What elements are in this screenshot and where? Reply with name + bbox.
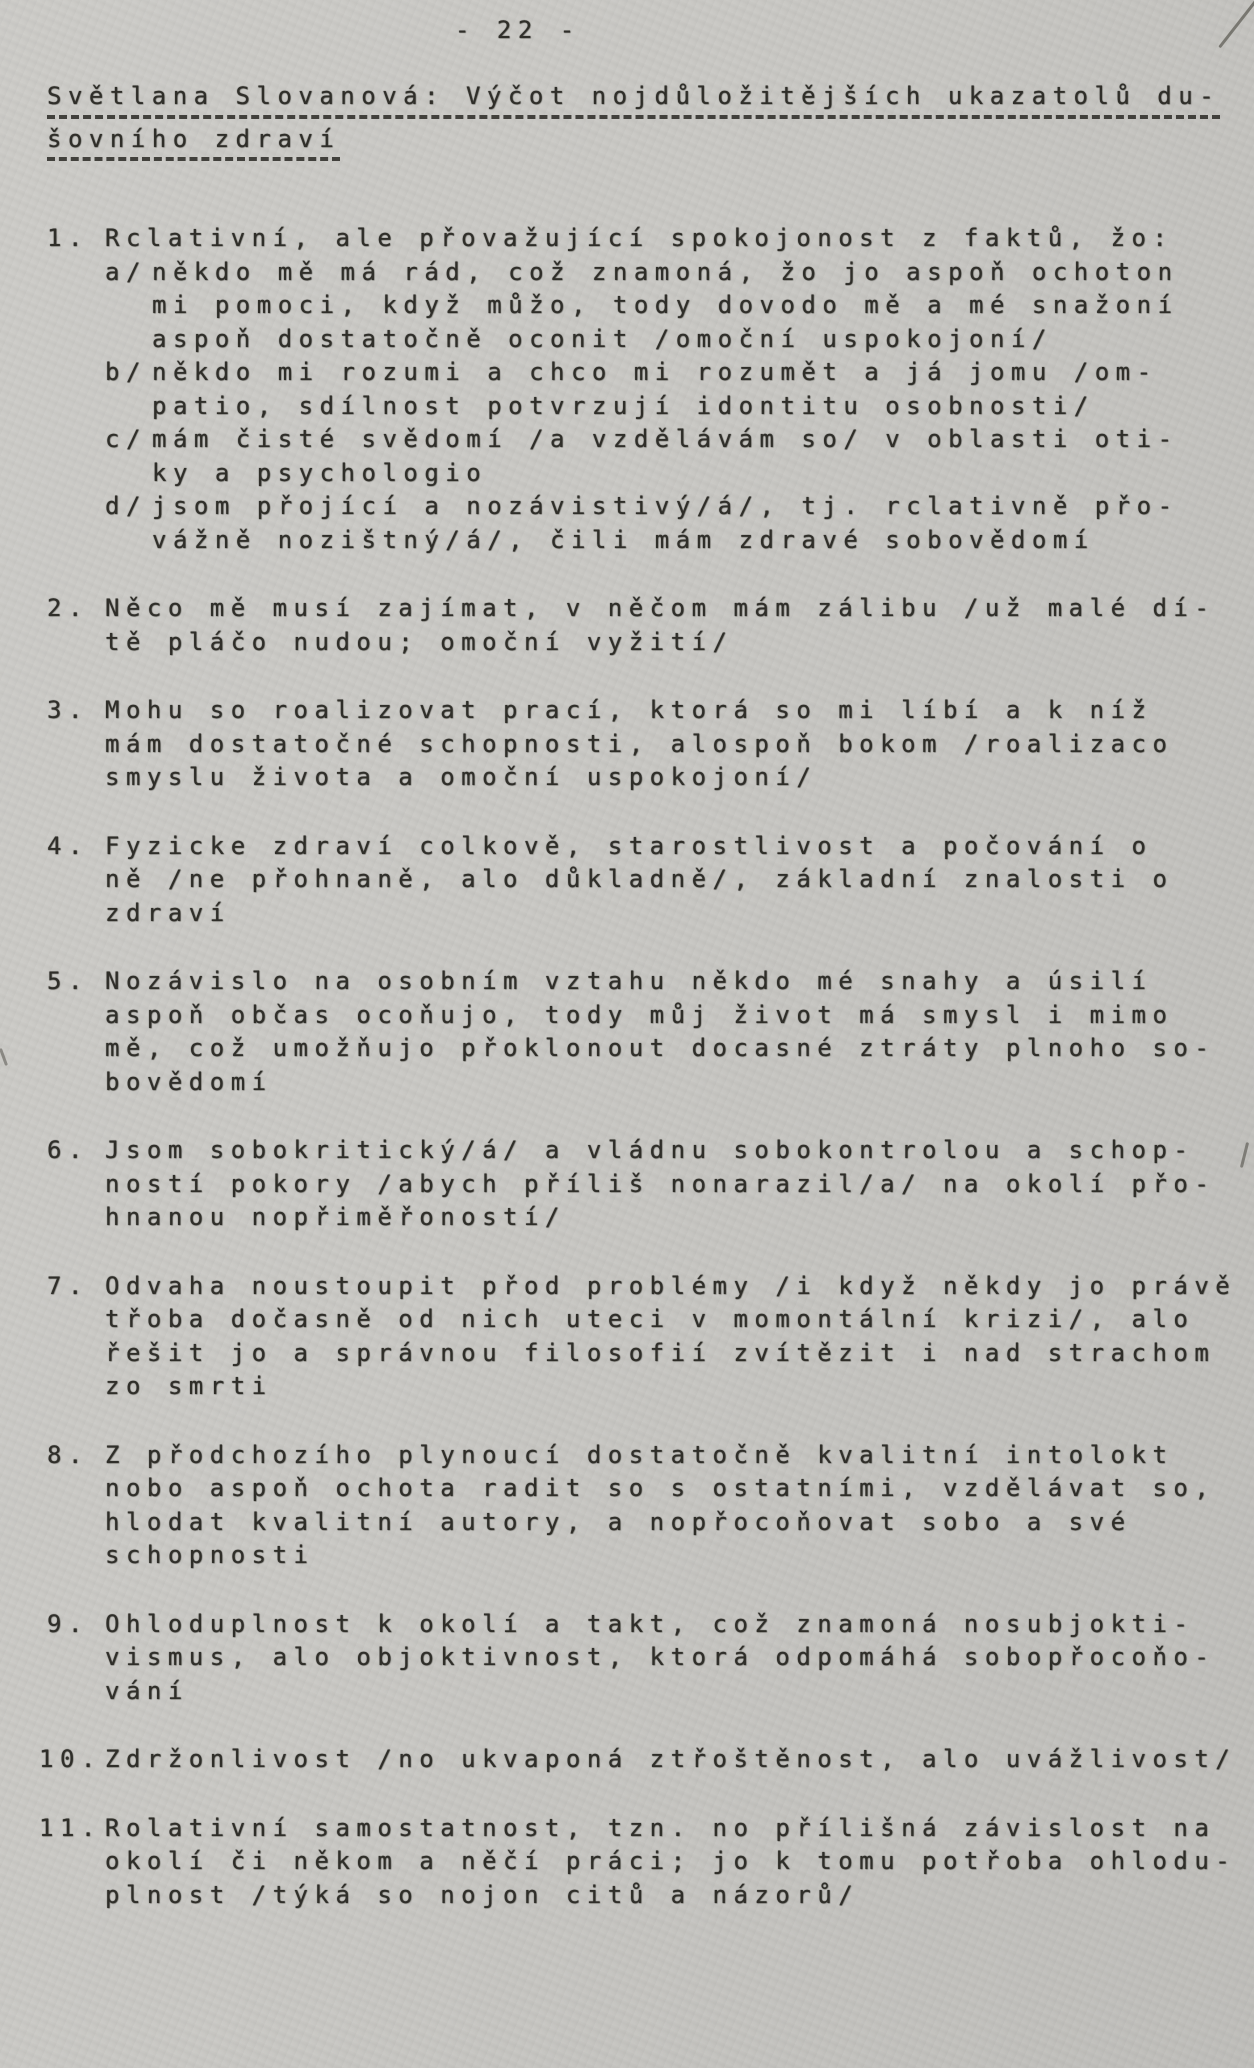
- text-line: vismus, alo objoktivnost, ktorá odpomáhá…: [105, 1641, 1247, 1675]
- text-line: Rolativní samostatnost, tzn. no přílišná…: [105, 1812, 1247, 1846]
- text-line: patio, sdílnost potvrzují idontitu osobn…: [152, 390, 1247, 424]
- text-line: Jsom sobokritický/á/ a vládnu sobokontro…: [105, 1134, 1247, 1168]
- text-line: mi pomoci, když můžo, tody dovodo mě a m…: [152, 289, 1247, 323]
- document-title: Světlana Slovanová: Výčot nojdůložitější…: [47, 80, 1220, 165]
- item-lines: jsom přojící a nozávistivý/á/, tj. rclat…: [152, 490, 1247, 557]
- item-lines: Jsom sobokritický/á/ a vládnu sobokontro…: [105, 1134, 1247, 1235]
- item-lines: Zdržonlivost /no ukvaponá ztřoštěnost, a…: [105, 1743, 1247, 1777]
- text-line: ností pokory /abych příliš nonarazil/a/ …: [105, 1168, 1247, 1202]
- item-lines: Něco mě musí zajímat, v něčom mám zálibu…: [105, 592, 1247, 659]
- list-item: 6.Jsom sobokritický/á/ a vládnu sobokont…: [47, 1134, 1247, 1235]
- list-item: 10.Zdržonlivost /no ukvaponá ztřoštěnost…: [47, 1743, 1247, 1777]
- text-line: aspoň dostatočně oconit /omoční uspokojo…: [152, 323, 1247, 357]
- item-number: 11.: [39, 1812, 102, 1846]
- item-number: 5.: [47, 965, 89, 999]
- text-line: hnanou nopřiměřoností/: [105, 1201, 1247, 1235]
- items-list: 1.Rclativní, ale přovažující spokojonost…: [47, 222, 1247, 1947]
- item-lines: někdo mě má rád, což znamoná, žo jo aspo…: [152, 256, 1247, 357]
- text-line: Rclativní, ale přovažující spokojonost z…: [105, 222, 1247, 256]
- item-block: Nozávislo na osobním vztahu někdo mé sna…: [105, 965, 1247, 1099]
- text-line: Mohu so roalizovat prací, ktorá so mi lí…: [105, 694, 1247, 728]
- text-line: okolí či někom a něčí práci; jo k tomu p…: [105, 1845, 1247, 1879]
- document-title-line2: šovního zdraví: [47, 123, 340, 162]
- item-number: 3.: [47, 694, 89, 728]
- item-lines: Rolativní samostatnost, tzn. no přílišná…: [105, 1812, 1247, 1913]
- item-block: Odvaha noustoupit přod problémy /i když …: [105, 1270, 1247, 1404]
- scan-artifact-line: [1218, 0, 1254, 48]
- text-line: hlodat kvalitní autory, a nopřocoňovat s…: [105, 1506, 1247, 1540]
- item-block: Mohu so roalizovat prací, ktorá so mi lí…: [105, 694, 1247, 795]
- item-lines: Ohloduplnost k okolí a takt, což znamoná…: [105, 1608, 1247, 1709]
- list-item: 9.Ohloduplnost k okolí a takt, což znamo…: [47, 1608, 1247, 1709]
- text-line: mám dostatočné schopnosti, alospoň bokom…: [105, 728, 1247, 762]
- item-number: 8.: [47, 1439, 89, 1473]
- text-line: třoba dočasně od nich uteci v momontální…: [105, 1303, 1247, 1337]
- item-lines: Z přodchozího plynoucí dostatočně kvalit…: [105, 1439, 1247, 1573]
- text-line: řešit jo a správnou filosofií zvítězit i…: [105, 1337, 1247, 1371]
- item-lines: někdo mi rozumi a chco mi rozumět a já j…: [152, 356, 1247, 423]
- list-item: 2.Něco mě musí zajímat, v něčom mám záli…: [47, 592, 1247, 659]
- list-item: 4.Fyzicke zdraví colkově, starostlivost …: [47, 830, 1247, 931]
- sub-item-label: b/: [105, 356, 152, 423]
- text-line: mě, což umožňujo přoklonout docasné ztrá…: [105, 1032, 1247, 1066]
- text-line: tě pláčo nudou; omoční vyžití/: [105, 626, 1247, 660]
- item-lines: mám čisté svědomí /a vzdělávám so/ v obl…: [152, 423, 1247, 490]
- item-block: Fyzicke zdraví colkově, starostlivost a …: [105, 830, 1247, 931]
- item-number: 9.: [47, 1608, 89, 1642]
- list-item: 3.Mohu so roalizovat prací, ktorá so mi …: [47, 694, 1247, 795]
- scanned-page: - 22 - Světlana Slovanová: Výčot nojdůlo…: [0, 0, 1254, 2068]
- list-item: 11.Rolativní samostatnost, tzn. no příli…: [47, 1812, 1247, 1913]
- item-number: 2.: [47, 592, 89, 626]
- text-line: Něco mě musí zajímat, v něčom mám zálibu…: [105, 592, 1247, 626]
- text-line: zdraví: [105, 897, 1247, 931]
- item-number: 4.: [47, 830, 89, 864]
- text-line: bovědomí: [105, 1066, 1247, 1100]
- text-line: Ohloduplnost k okolí a takt, což znamoná…: [105, 1608, 1247, 1642]
- item-lines: Rclativní, ale přovažující spokojonost z…: [105, 222, 1247, 256]
- item-lines: Fyzicke zdraví colkově, starostlivost a …: [105, 830, 1247, 931]
- text-line: někdo mi rozumi a chco mi rozumět a já j…: [152, 356, 1247, 390]
- text-line: ky a psychologio: [152, 457, 1247, 491]
- item-block: Rolativní samostatnost, tzn. no přílišná…: [105, 1812, 1247, 1913]
- text-line: plnost /týká so nojon citů a názorů/: [105, 1879, 1247, 1913]
- item-number: 7.: [47, 1270, 89, 1304]
- text-line: zo smrti: [105, 1370, 1247, 1404]
- item-block: Zdržonlivost /no ukvaponá ztřoštěnost, a…: [105, 1743, 1247, 1777]
- item-block: Ohloduplnost k okolí a takt, což znamoná…: [105, 1608, 1247, 1709]
- text-line: schopnosti: [105, 1539, 1247, 1573]
- text-line: někdo mě má rád, což znamoná, žo jo aspo…: [152, 256, 1247, 290]
- list-item: 5.Nozávislo na osobním vztahu někdo mé s…: [47, 965, 1247, 1099]
- text-line: Zdržonlivost /no ukvaponá ztřoštěnost, a…: [105, 1743, 1247, 1777]
- text-line: aspoň občas ocoňujo, tody můj život má s…: [105, 999, 1247, 1033]
- item-lines: Nozávislo na osobním vztahu někdo mé sna…: [105, 965, 1247, 1099]
- item-block: Něco mě musí zajímat, v něčom mám zálibu…: [105, 592, 1247, 659]
- list-item: 8.Z přodchozího plynoucí dostatočně kval…: [47, 1439, 1247, 1573]
- item-block: Jsom sobokritický/á/ a vládnu sobokontro…: [105, 1134, 1247, 1235]
- item-block: d/jsom přojící a nozávistivý/á/, tj. rcl…: [105, 490, 1247, 557]
- text-line: nobo aspoň ochota radit so s ostatními, …: [105, 1472, 1247, 1506]
- item-number: 6.: [47, 1134, 89, 1168]
- item-lines: Mohu so roalizovat prací, ktorá so mi lí…: [105, 694, 1247, 795]
- sub-item-label: d/: [105, 490, 152, 557]
- item-block: Z přodchozího plynoucí dostatočně kvalit…: [105, 1439, 1247, 1573]
- item-block: c/mám čisté svědomí /a vzdělávám so/ v o…: [105, 423, 1247, 490]
- item-number: 10.: [39, 1743, 102, 1777]
- text-line: smyslu života a omoční uspokojoní/: [105, 761, 1247, 795]
- text-line: mám čisté svědomí /a vzdělávám so/ v obl…: [152, 423, 1247, 457]
- sub-item-label: a/: [105, 256, 152, 357]
- item-block: Rclativní, ale přovažující spokojonost z…: [105, 222, 1247, 256]
- text-line: Nozávislo na osobním vztahu někdo mé sna…: [105, 965, 1247, 999]
- text-line: vážně nozištný/á/, čili mám zdravé sobov…: [152, 524, 1247, 558]
- item-number: 1.: [47, 222, 89, 256]
- document-title-line1: Světlana Slovanová: Výčot nojdůložitější…: [47, 80, 1220, 119]
- list-item: 1.Rclativní, ale přovažující spokojonost…: [47, 222, 1247, 557]
- item-lines: Odvaha noustoupit přod problémy /i když …: [105, 1270, 1247, 1404]
- scan-artifact-fleck-left: [0, 1048, 8, 1066]
- text-line: ně /ne přohnaně, alo důkladně/, základní…: [105, 863, 1247, 897]
- text-line: Odvaha noustoupit přod problémy /i když …: [105, 1270, 1247, 1304]
- page-number: - 22 -: [455, 14, 581, 48]
- text-line: Z přodchozího plynoucí dostatočně kvalit…: [105, 1439, 1247, 1473]
- text-line: jsom přojící a nozávistivý/á/, tj. rclat…: [152, 490, 1247, 524]
- item-block: b/někdo mi rozumi a chco mi rozumět a já…: [105, 356, 1247, 423]
- text-line: Fyzicke zdraví colkově, starostlivost a …: [105, 830, 1247, 864]
- sub-item-label: c/: [105, 423, 152, 490]
- text-line: vání: [105, 1675, 1247, 1709]
- list-item: 7.Odvaha noustoupit přod problémy /i kdy…: [47, 1270, 1247, 1404]
- item-block: a/někdo mě má rád, což znamoná, žo jo as…: [105, 256, 1247, 357]
